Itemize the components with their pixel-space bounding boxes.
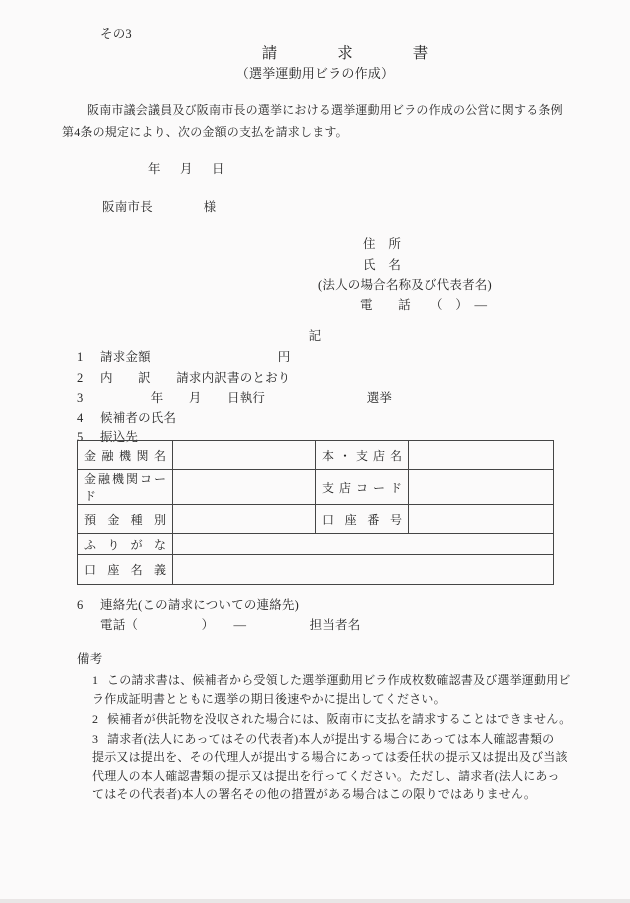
item-3-number: 3 (77, 391, 83, 407)
intro-line-1: 阪南市議会議員及び阪南市長の選挙における選挙運動用ビラの作成の公営に関する条例 (87, 103, 563, 118)
account-holder-value-cell (173, 555, 554, 585)
addressee-line: 阪南市長 様 (102, 200, 216, 216)
record-marker: 記 (0, 329, 630, 345)
remark-3-line-2: 提示又は提出を、その代理人が提出する場合にあっては委任状の提示又は提出及び当該 (92, 750, 568, 765)
item-1-text: 請求金額 円 (100, 350, 291, 366)
applicant-corporate-note: (法人の場合名称及び代表者名) (318, 278, 492, 294)
item-6-number: 6 (77, 598, 83, 614)
intro-line-2: 第4条の規定により、次の金額の支払を請求します。 (62, 125, 348, 140)
date-line: 年 月 日 (148, 162, 228, 178)
remark-2-line-1: 候補者が供託物を没収された場合には、阪南市に支払を請求することはできません。 (107, 712, 571, 727)
form-subtitle: （選挙運動用ビラの作成） (0, 66, 630, 82)
account-number-value-cell (409, 505, 554, 534)
item-2-number: 2 (77, 371, 83, 387)
account-number-label: 口座番号 (316, 505, 409, 534)
form-title: 請求書 (0, 44, 630, 63)
table-row: ふりがな (78, 534, 554, 555)
branch-code-value-cell (409, 470, 554, 505)
table-row: 金融機関名 本・支店名 (78, 441, 554, 470)
deposit-type-value-cell (173, 505, 316, 534)
table-row: 金融機関コード 支店コード (78, 470, 554, 505)
remark-2-number: 2 (92, 712, 98, 727)
remarks-heading: 備考 (77, 652, 102, 668)
item-2-text: 内 訳 請求内訳書のとおり (100, 371, 291, 387)
furigana-label: ふりがな (78, 534, 173, 555)
branch-name-label: 本・支店名 (316, 441, 409, 470)
item-1-number: 1 (77, 350, 83, 366)
applicant-phone-line: 電 話 （ ） ― (360, 298, 487, 314)
contact-phone-line: 電話（ ） ― 担当者名 (100, 618, 360, 634)
bank-transfer-table: 金融機関名 本・支店名 金融機関コード 支店コード 預金種別 口座番号 ふりがな (77, 440, 554, 585)
remark-1-number: 1 (92, 673, 98, 688)
item-4-number: 4 (77, 411, 83, 427)
branch-name-value-cell (409, 441, 554, 470)
invoice-form-page: その3 請求書 （選挙運動用ビラの作成） 阪南市議会議員及び阪南市長の選挙におけ… (0, 0, 630, 903)
item-3-text: 年 月 日執行 選挙 (100, 391, 392, 407)
remark-3-line-1: 請求者(法人にあってはその代表者)本人が提出する場合にあっては本人確認書類の (107, 732, 554, 747)
table-row: 口座名義 (78, 555, 554, 585)
table-row: 預金種別 口座番号 (78, 505, 554, 534)
remark-1-line-2: ラ作成証明書とともに選挙の期日後速やかに提出してください。 (92, 692, 446, 707)
remark-1-line-1: この請求書は、候補者から受領した選挙運動用ビラ作成枚数確認書及び選挙運動用ビ (107, 673, 571, 688)
applicant-name-label: 氏 名 (363, 258, 401, 274)
financial-institution-code-value-cell (173, 470, 316, 505)
item-4-text: 候補者の氏名 (100, 411, 176, 427)
deposit-type-label: 預金種別 (78, 505, 173, 534)
remark-3-line-3: 代理人の本人確認書類の提示又は提出を行ってください。ただし、請求者(法人にあっ (92, 769, 560, 784)
page-bottom-edge (0, 899, 630, 903)
account-holder-label: 口座名義 (78, 555, 173, 585)
furigana-value-cell (173, 534, 554, 555)
remark-3-number: 3 (92, 732, 98, 747)
financial-institution-name-value-cell (173, 441, 316, 470)
bank-transfer-table-wrapper: 金融機関名 本・支店名 金融機関コード 支店コード 預金種別 口座番号 ふりがな (77, 440, 554, 585)
branch-code-label: 支店コード (316, 470, 409, 505)
financial-institution-code-label: 金融機関コード (78, 470, 173, 505)
remark-3-line-4: てはその代表者)本人の署名その他の措置がある場合はこの限りではありません。 (92, 787, 536, 802)
applicant-address-label: 住 所 (363, 237, 401, 253)
contact-label: 連絡先(この請求についての連絡先) (100, 598, 299, 614)
corner-note: その3 (100, 27, 132, 43)
financial-institution-name-label: 金融機関名 (78, 441, 173, 470)
